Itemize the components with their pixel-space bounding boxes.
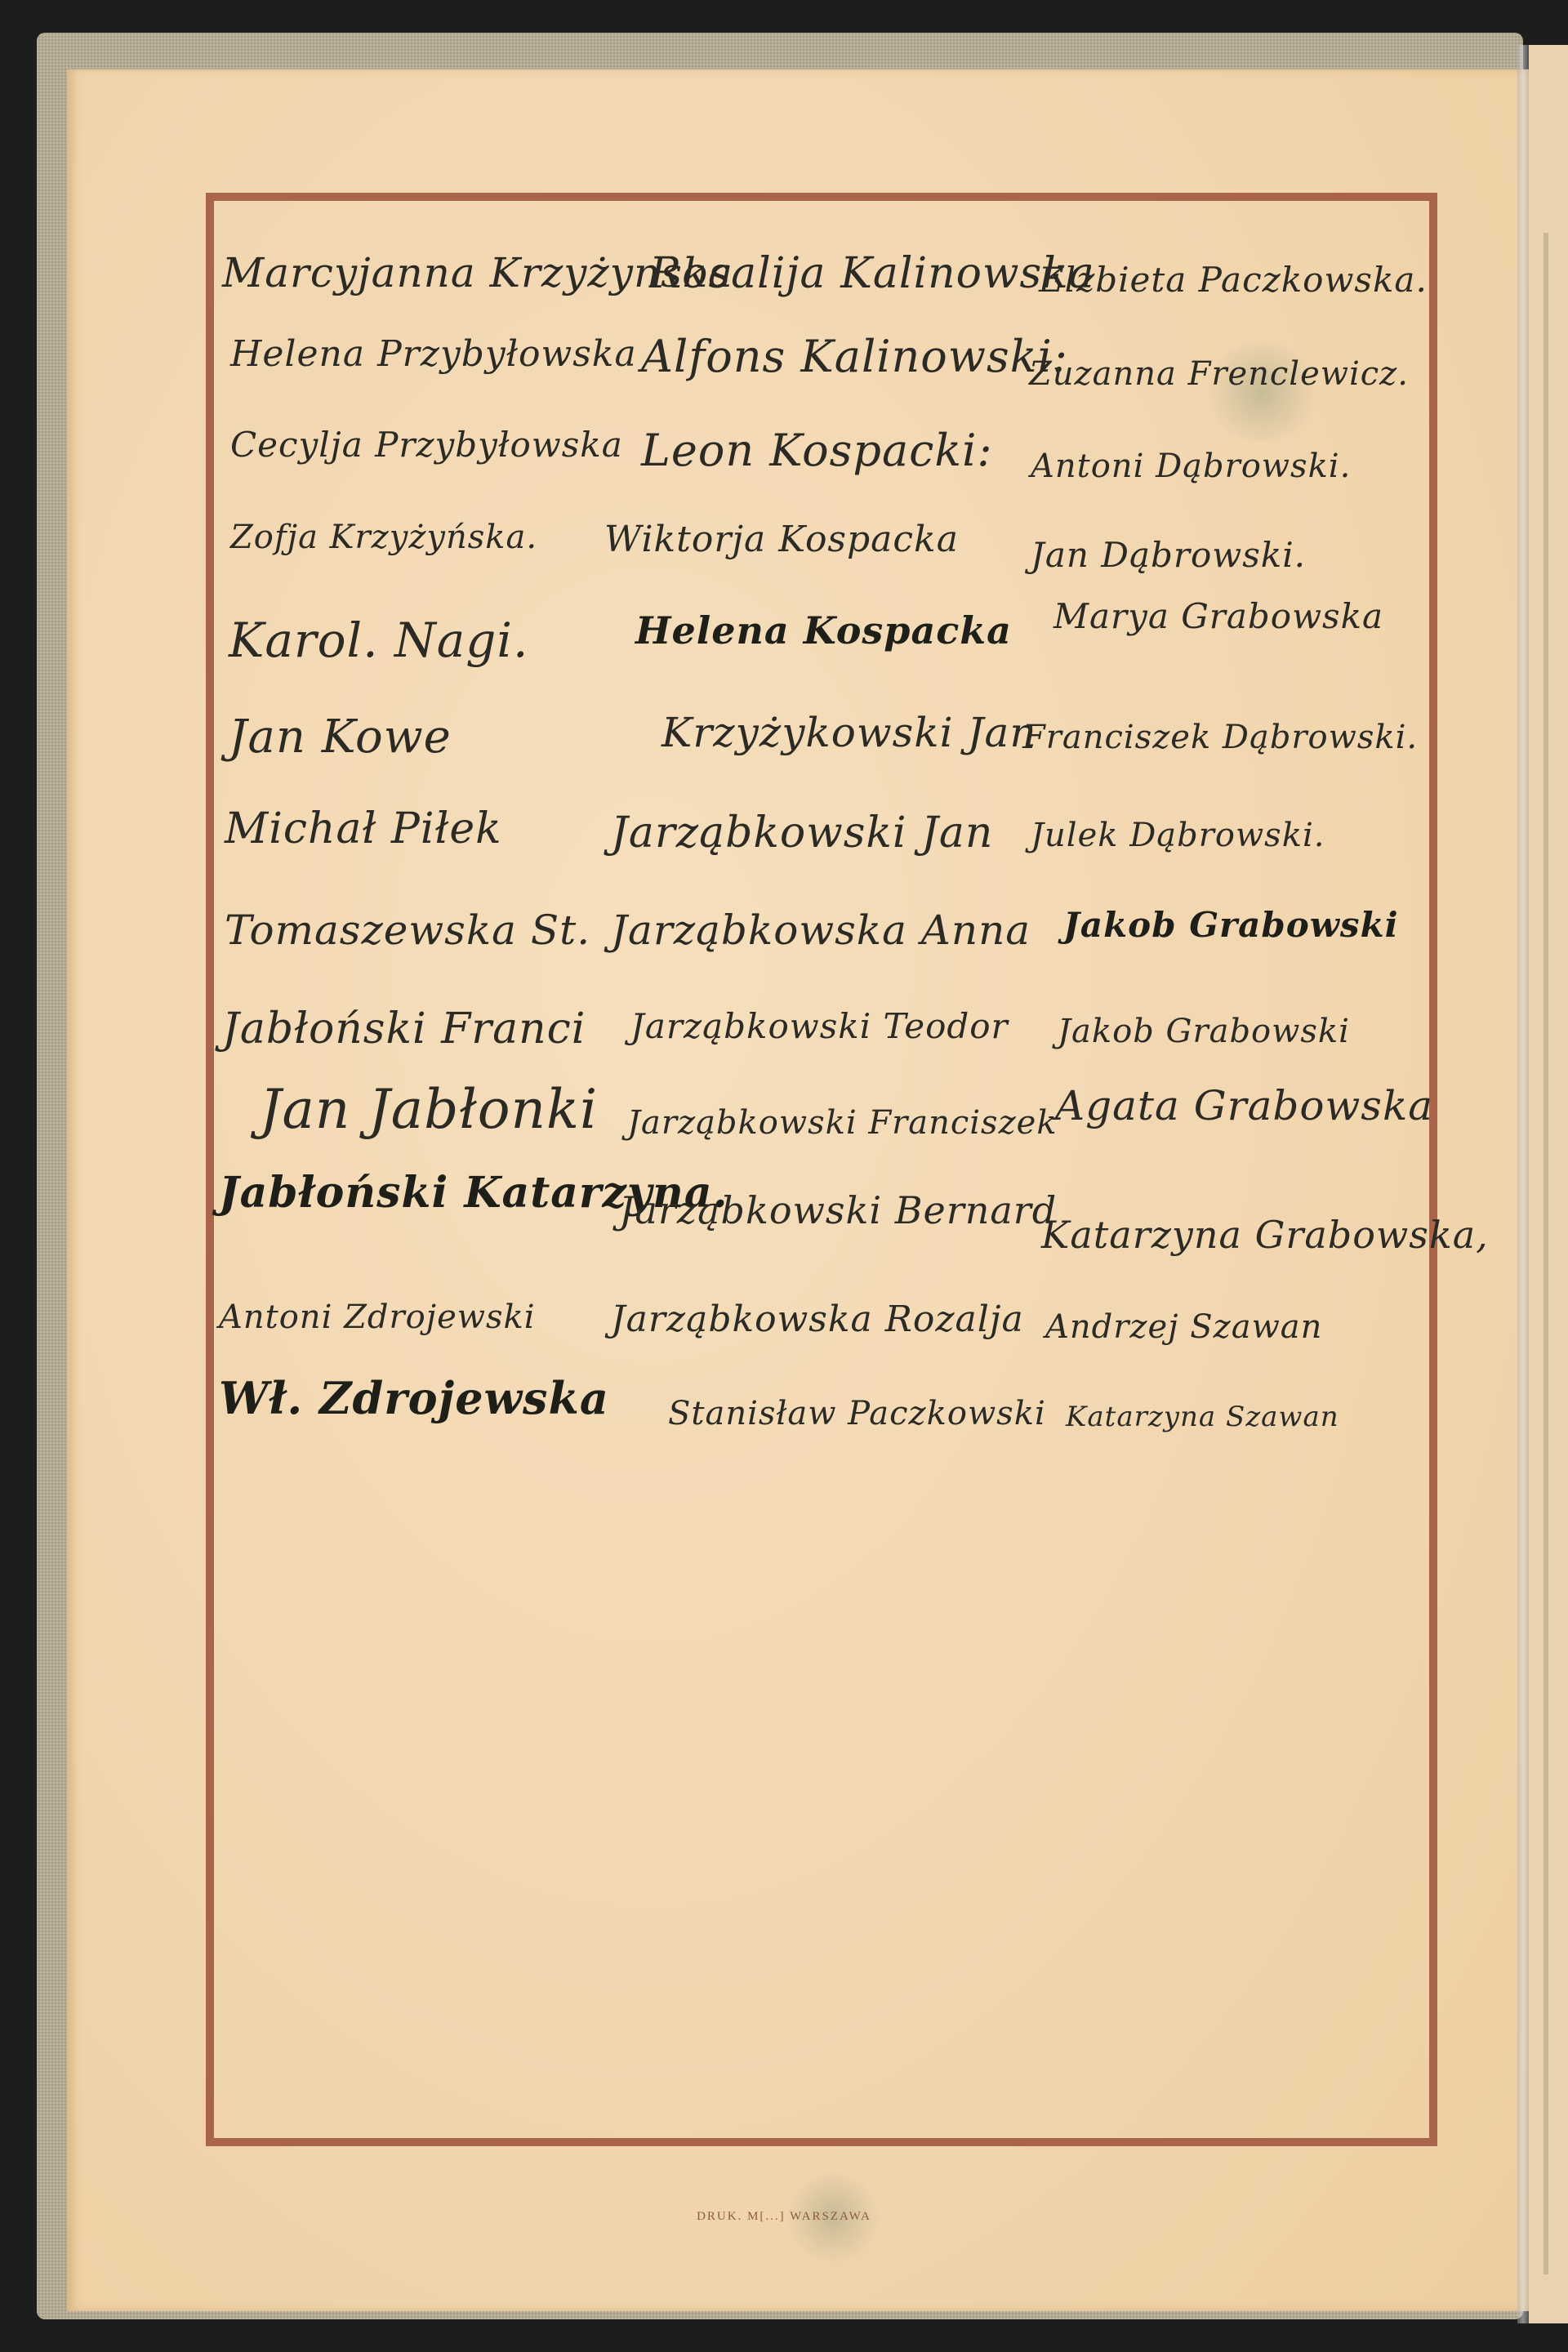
signature: Michał Piłek bbox=[225, 804, 502, 853]
signature: Helena Przybyłowska bbox=[230, 333, 637, 375]
signature: Jan Kowe bbox=[229, 710, 452, 764]
signature: Leon Kospacki: bbox=[641, 425, 993, 476]
signature: Wł. Zdrojewska bbox=[219, 1372, 609, 1424]
signature: Katarzyna Grabowska, bbox=[1041, 1213, 1489, 1257]
signature: Jakob Grabowski bbox=[1063, 905, 1399, 945]
signature: Jarząbkowski Jan bbox=[611, 808, 993, 857]
signature: Jabłoński Franci bbox=[222, 1004, 586, 1053]
signature: Rosalija Kalinowska bbox=[649, 249, 1095, 298]
signature: Jan Jabłonki bbox=[260, 1078, 598, 1141]
signature: Jarząbkowski Franciszek bbox=[627, 1104, 1058, 1142]
signature: Elżbieta Paczkowska. bbox=[1039, 260, 1428, 300]
signature: Zofja Krzyżyńska. bbox=[230, 519, 537, 556]
signature: Franciszek Dąbrowski. bbox=[1022, 719, 1418, 756]
signature: Andrzej Szawan bbox=[1045, 1308, 1322, 1346]
signature: Zuzanna Frenclewicz. bbox=[1029, 355, 1409, 393]
signature: Jarząbkowska Anna bbox=[611, 906, 1031, 954]
signature: Jarząbkowska Rozalja bbox=[611, 1298, 1024, 1340]
signature: Antoni Zdrojewski bbox=[219, 1298, 536, 1336]
signature: Stanisław Paczkowski bbox=[668, 1395, 1046, 1432]
adjacent-page-edge bbox=[1529, 45, 1568, 2323]
adjacent-page-frame-fragment bbox=[1543, 233, 1568, 2274]
signature: Cecylja Przybyłowska bbox=[230, 425, 623, 465]
signature: Krzyżykowski Jan bbox=[661, 709, 1037, 756]
printer-imprint: DRUK. M[...] WARSZAWA bbox=[0, 2210, 1568, 2224]
signature: Jakob Grabowski bbox=[1058, 1013, 1350, 1050]
signature: Alfons Kalinowski: bbox=[641, 331, 1068, 382]
signature: Julek Dąbrowski. bbox=[1031, 817, 1325, 854]
signature: Jarząbkowski Teodor bbox=[630, 1006, 1009, 1046]
signature: Karol. Nagi. bbox=[229, 612, 528, 668]
signature: Wiktorja Kospacka bbox=[604, 519, 959, 560]
signature: Helena Kospacka bbox=[635, 608, 1012, 653]
signature: Tomaszewska St. bbox=[225, 906, 590, 954]
signature: Katarzyna Szawan bbox=[1066, 1401, 1339, 1433]
signature: Antoni Dąbrowski. bbox=[1031, 448, 1351, 485]
signature: Agata Grabowska bbox=[1055, 1082, 1433, 1129]
signature: Jan Dąbrowski. bbox=[1031, 535, 1306, 575]
signature: Marya Grabowska bbox=[1053, 596, 1383, 636]
page-gutter bbox=[1517, 45, 1529, 2323]
signature: Jarząbkowski Bernard bbox=[619, 1188, 1057, 1232]
